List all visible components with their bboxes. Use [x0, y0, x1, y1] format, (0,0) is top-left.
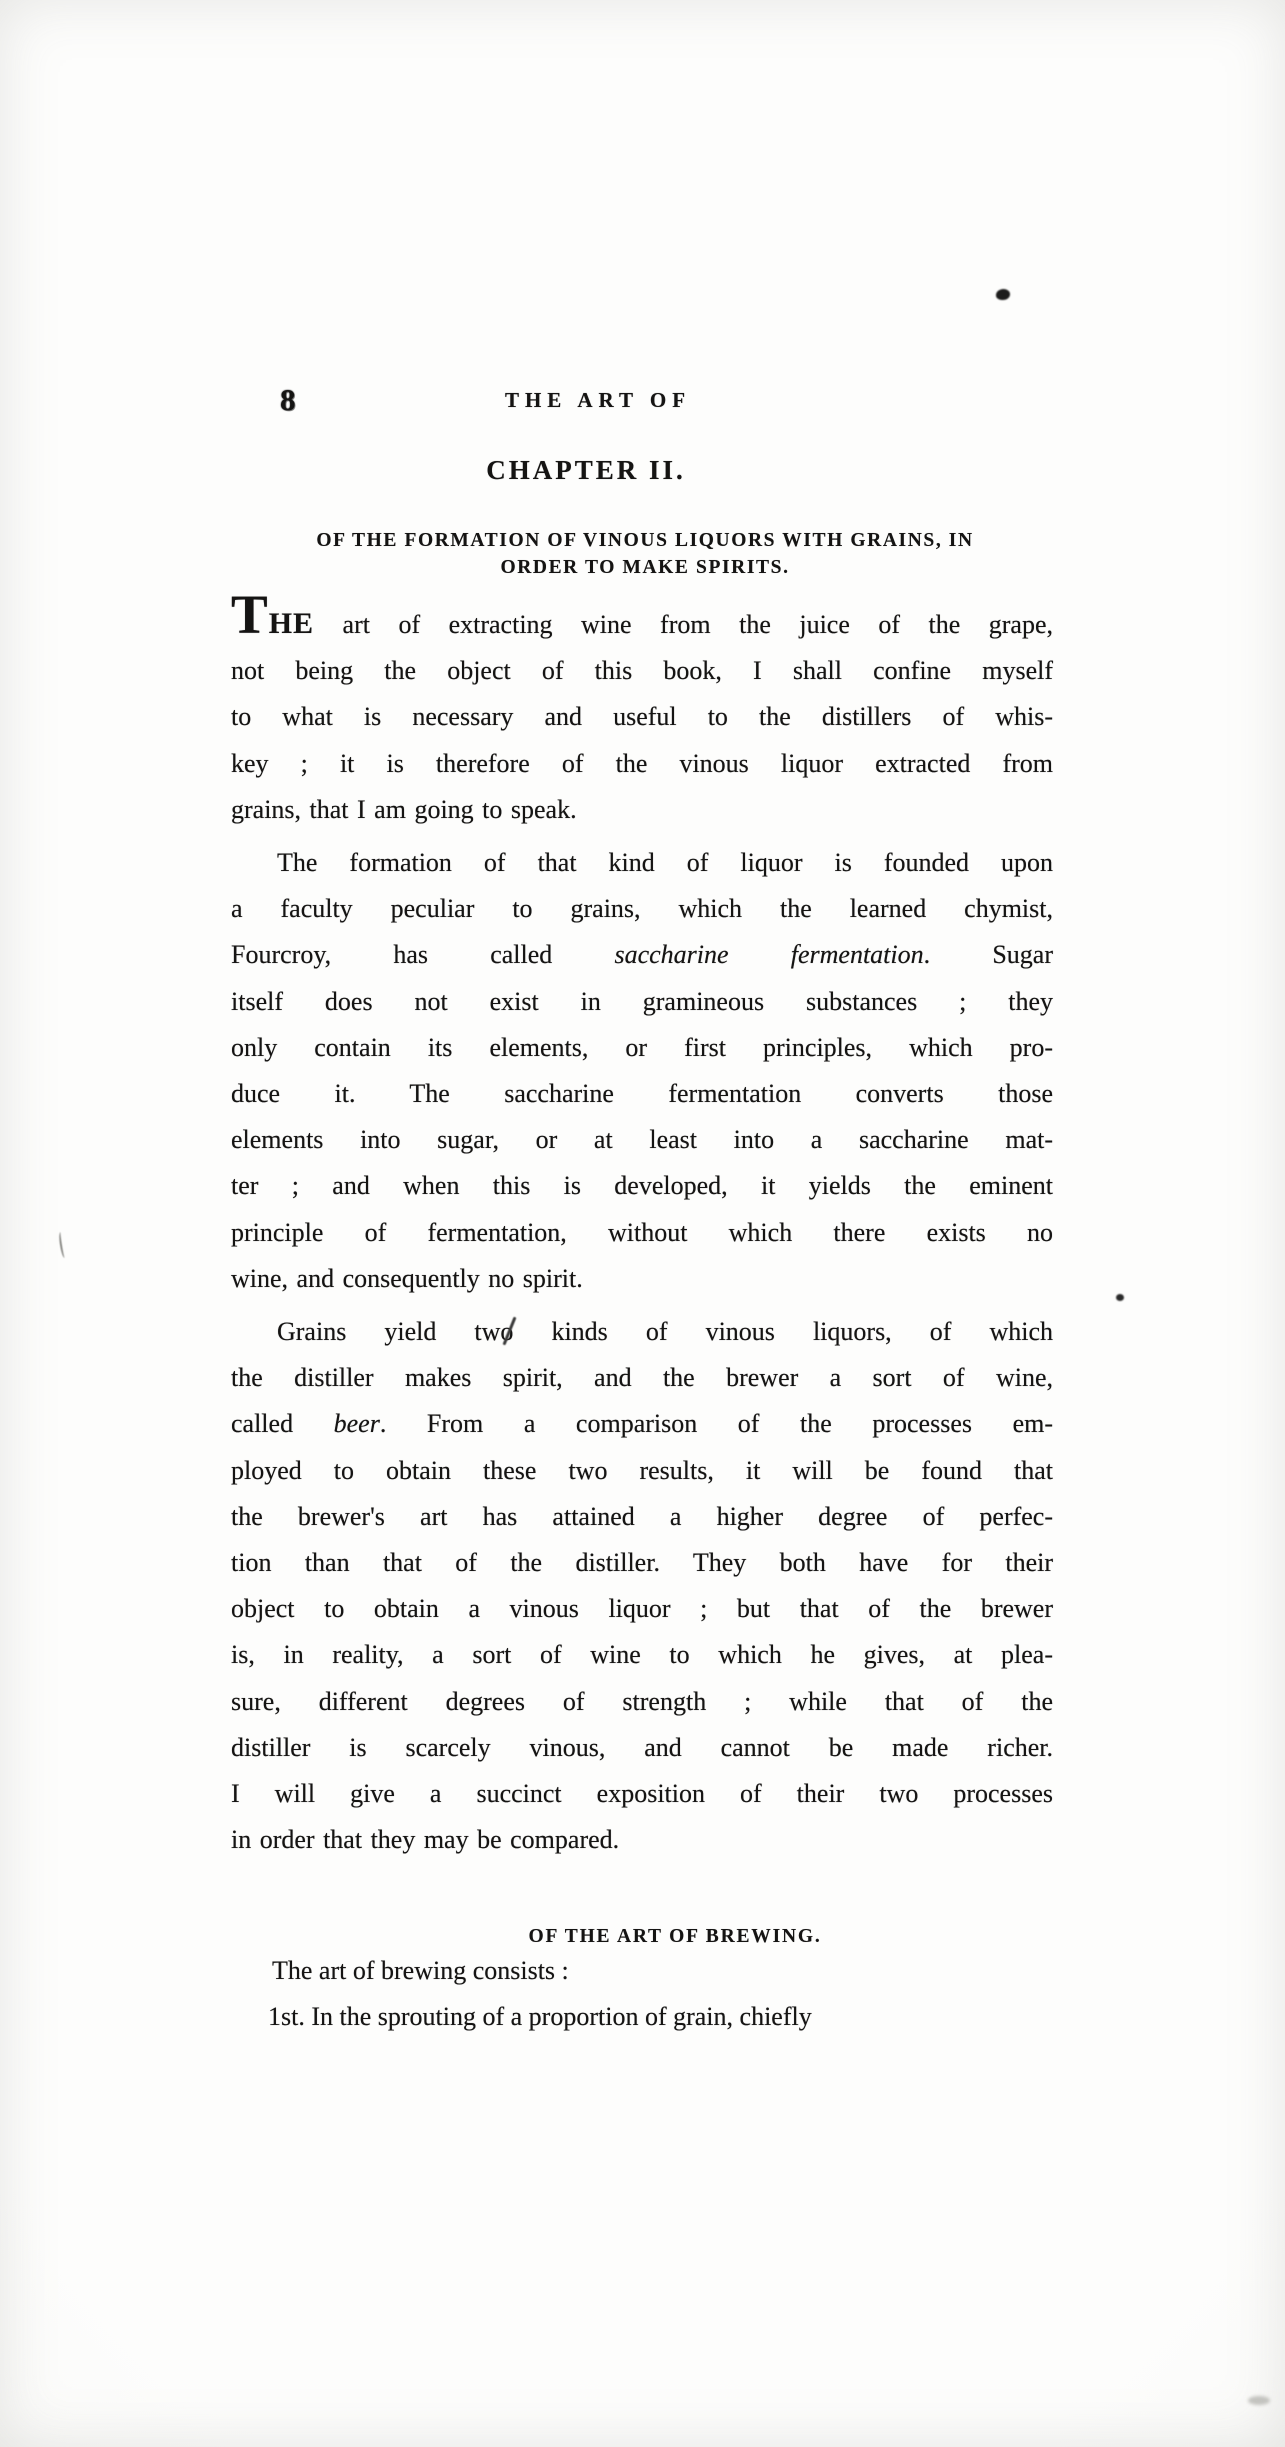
text-line: called beer. From a comparison of the pr… — [231, 1401, 1053, 1447]
drop-cap: T — [231, 584, 269, 645]
text-line: grains, that I am going to speak. — [231, 787, 1053, 833]
brewing-section-heading: OF THE ART OF BREWING. — [230, 1926, 1120, 1948]
text-line: key ; it is therefore of the vinous liqu… — [231, 741, 1053, 787]
subtitle-line-2: ORDER TO MAKE SPIRITS. — [195, 554, 1095, 581]
text-line: The formation of that kind of liquor is … — [231, 840, 1053, 886]
section-subtitle: OF THE FORMATION OF VINOUS LIQUORS WITH … — [195, 527, 1095, 581]
opening-paragraph: THE art of extracting wine from the juic… — [231, 592, 1053, 833]
text-line: only contain its elements, or first prin… — [231, 1025, 1053, 1071]
text-line: tion than that of the distiller. They bo… — [231, 1540, 1053, 1586]
ink-spot — [1116, 1294, 1124, 1301]
text-line: object to obtain a vinous liquor ; but t… — [231, 1586, 1053, 1632]
running-header: THE ART OF — [230, 388, 966, 413]
ink-spot — [996, 289, 1010, 300]
margin-mark — [58, 1232, 67, 1258]
brewing-list-item-1: 1st. In the sprouting of a proportion of… — [268, 2002, 1068, 2032]
text-line: in order that they may be compared. — [231, 1817, 1053, 1863]
text-line: a faculty peculiar to grains, which the … — [231, 886, 1053, 932]
opening-first-line: THE art of extracting wine from the juic… — [231, 592, 1053, 648]
text-line: sure, different degrees of strength ; wh… — [231, 1679, 1053, 1725]
paragraph-3: Grains yield two kinds of vinous liquors… — [231, 1309, 1053, 1863]
text-line: itself does not exist in gramineous subs… — [231, 979, 1053, 1025]
opening-first-line-text: art of extracting wine from the juice of… — [314, 610, 1053, 639]
text-line: ployed to obtain these two results, it w… — [231, 1448, 1053, 1494]
text-line: Grains yield two kinds of vinous liquors… — [231, 1309, 1053, 1355]
opening-caps: HE — [269, 607, 314, 640]
text-line: wine, and consequently no spirit. — [231, 1256, 1053, 1302]
text-line: the brewer's art has attained a higher d… — [231, 1494, 1053, 1540]
chapter-heading: CHAPTER II. — [230, 455, 942, 486]
body-text: THE art of extracting wine from the juic… — [231, 592, 1053, 1863]
text-line: the distiller makes spirit, and the brew… — [231, 1355, 1053, 1401]
scanned-book-page: 8 THE ART OF CHAPTER II. OF THE FORMATIO… — [0, 0, 1285, 2447]
text-line: elements into sugar, or at least into a … — [231, 1117, 1053, 1163]
text-line: Fourcroy, has called saccharine fermenta… — [231, 932, 1053, 978]
subtitle-line-1: OF THE FORMATION OF VINOUS LIQUORS WITH … — [195, 527, 1095, 554]
opening-paragraph-lines: not being the object of this book, I sha… — [231, 648, 1053, 833]
text-line: to what is necessary and useful to the d… — [231, 694, 1053, 740]
text-line: distiller is scarcely vinous, and cannot… — [231, 1725, 1053, 1771]
text-line: duce it. The saccharine fermentation con… — [231, 1071, 1053, 1117]
text-line: ter ; and when this is developed, it yie… — [231, 1163, 1053, 1209]
scan-smudge — [1248, 2396, 1270, 2405]
brewing-intro-line: The art of brewing consists : — [272, 1956, 569, 1986]
text-line: not being the object of this book, I sha… — [231, 648, 1053, 694]
paragraph-2: The formation of that kind of liquor is … — [231, 840, 1053, 1302]
text-line: principle of fermentation, without which… — [231, 1210, 1053, 1256]
text-line: is, in reality, a sort of wine to which … — [231, 1632, 1053, 1678]
text-line: I will give a succinct exposition of the… — [231, 1771, 1053, 1817]
